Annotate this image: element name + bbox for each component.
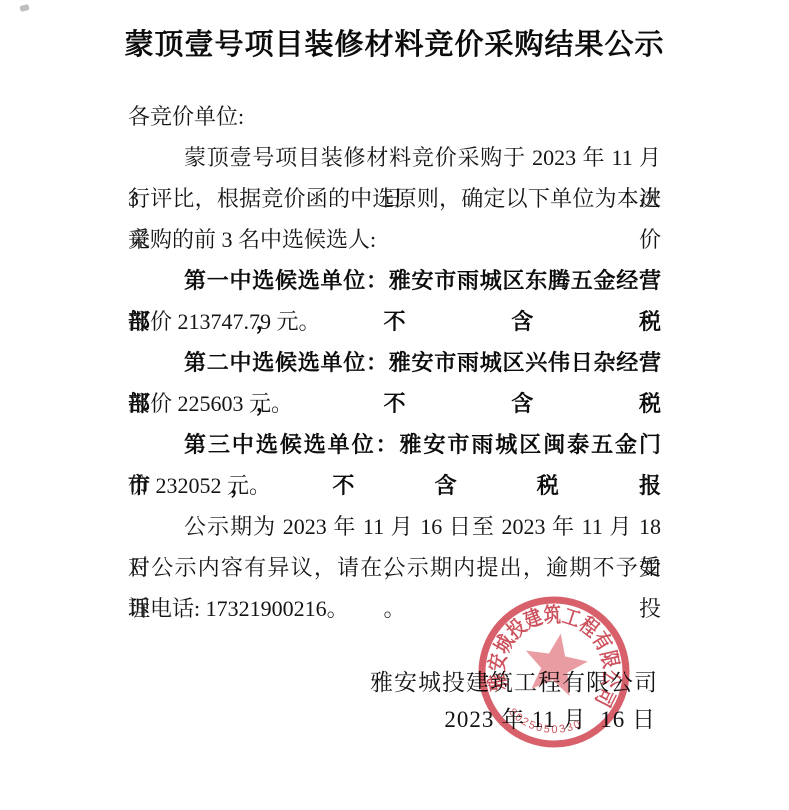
body-line: 各竞价单位: — [128, 96, 661, 137]
body-line: 蒙顶壹号项目装修材料竞价采购于 2023 年 11 月 3 日进 — [128, 137, 661, 178]
body-line: 第一中选候选单位：雅安市雨城区东腾五金经营部，不含税 — [128, 260, 661, 301]
announcement-document-page: 蒙顶壹号项目装修材料竞价采购结果公示 各竞价单位:蒙顶壹号项目装修材料竞价采购于… — [0, 0, 789, 810]
body-line: 第二中选候选单位：雅安市雨城区兴伟日杂经营部，不含税 — [128, 342, 661, 383]
body-line: 对公示内容有异议，请在公示期内提出，逾期不予受理。投 — [128, 547, 661, 588]
document-title: 蒙顶壹号项目装修材料竞价采购结果公示 — [0, 22, 789, 63]
signature-date: 2023 年 11 月 16 日 — [444, 701, 656, 734]
scan-artifact — [19, 4, 29, 12]
body-line: 第三中选候选单位：雅安市雨城区闽泰五金门市，不含税报 — [128, 424, 661, 465]
body-line: 公示期为 2023 年 11 月 16 日至 2023 年 11 月 18 日，… — [128, 506, 661, 547]
signature-company-name: 雅安城投建筑工程有限公司 — [370, 664, 658, 697]
body-line: 行评比，根据竞价函的中选原则，确定以下单位为本次竞价 — [128, 178, 661, 219]
document-body: 各竞价单位:蒙顶壹号项目装修材料竞价采购于 2023 年 11 月 3 日进行评… — [128, 96, 661, 629]
